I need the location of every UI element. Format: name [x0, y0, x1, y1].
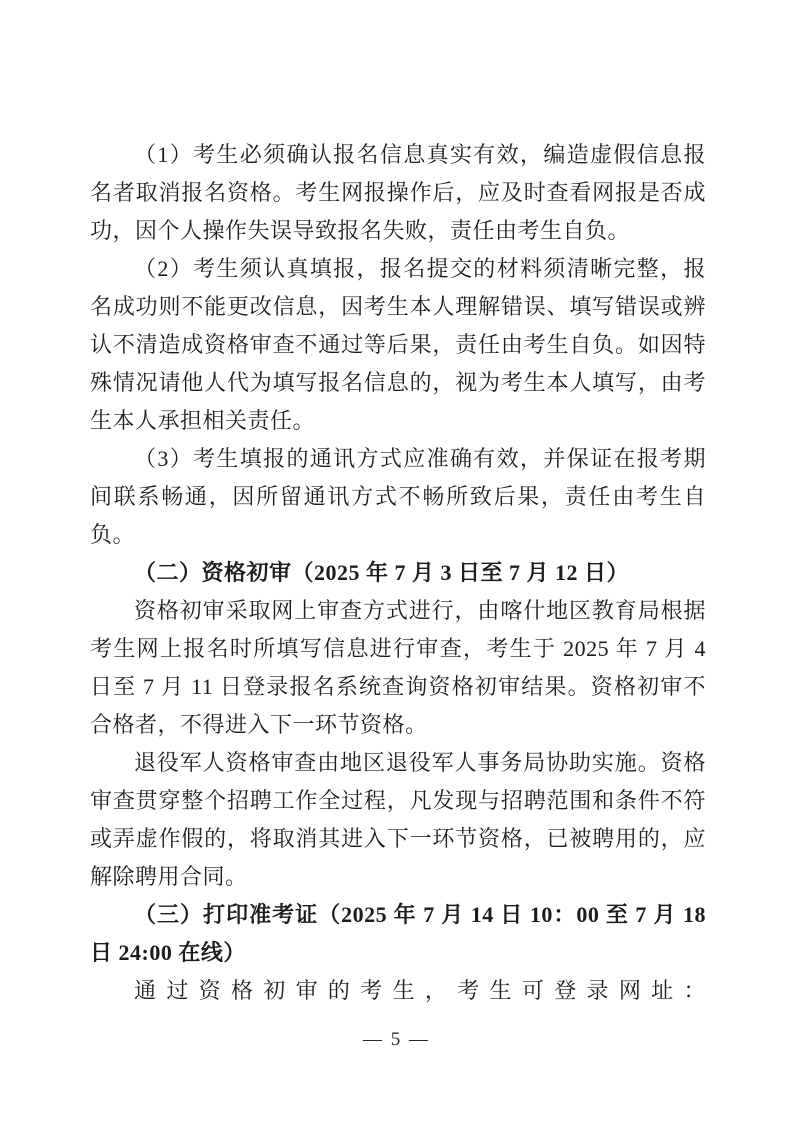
document-body: （1）考生必须确认报名信息真实有效，编造虚假信息报名者取消报名资格。考生网报操作…	[90, 136, 706, 1010]
section-heading-print-admission-ticket: （三）打印准考证（2025 年 7 月 14 日 10：00 至 7 月 18 …	[90, 896, 706, 972]
section-heading-qualification-review: （二）资格初审（2025 年 7 月 3 日至 7 月 12 日）	[90, 554, 706, 592]
paragraph: 退役军人资格审查由地区退役军人事务局协助实施。资格审查贯穿整个招聘工作全过程，凡…	[90, 744, 706, 896]
page-number: — 5 —	[0, 1026, 793, 1054]
document-page: （1）考生必须确认报名信息真实有效，编造虚假信息报名者取消报名资格。考生网报操作…	[0, 0, 793, 1122]
paragraph: 资格初审采取网上审查方式进行，由喀什地区教育局根据考生网上报名时所填写信息进行审…	[90, 592, 706, 744]
paragraph: （3）考生填报的通讯方式应准确有效，并保证在报考期间联系畅通，因所留通讯方式不畅…	[90, 440, 706, 554]
paragraph: （1）考生必须确认报名信息真实有效，编造虚假信息报名者取消报名资格。考生网报操作…	[90, 136, 706, 250]
paragraph: （2）考生须认真填报，报名提交的材料须清晰完整，报名成功则不能更改信息，因考生本…	[90, 250, 706, 440]
paragraph: 通过资格初审的考生，考生可登录网址：	[90, 972, 706, 1010]
